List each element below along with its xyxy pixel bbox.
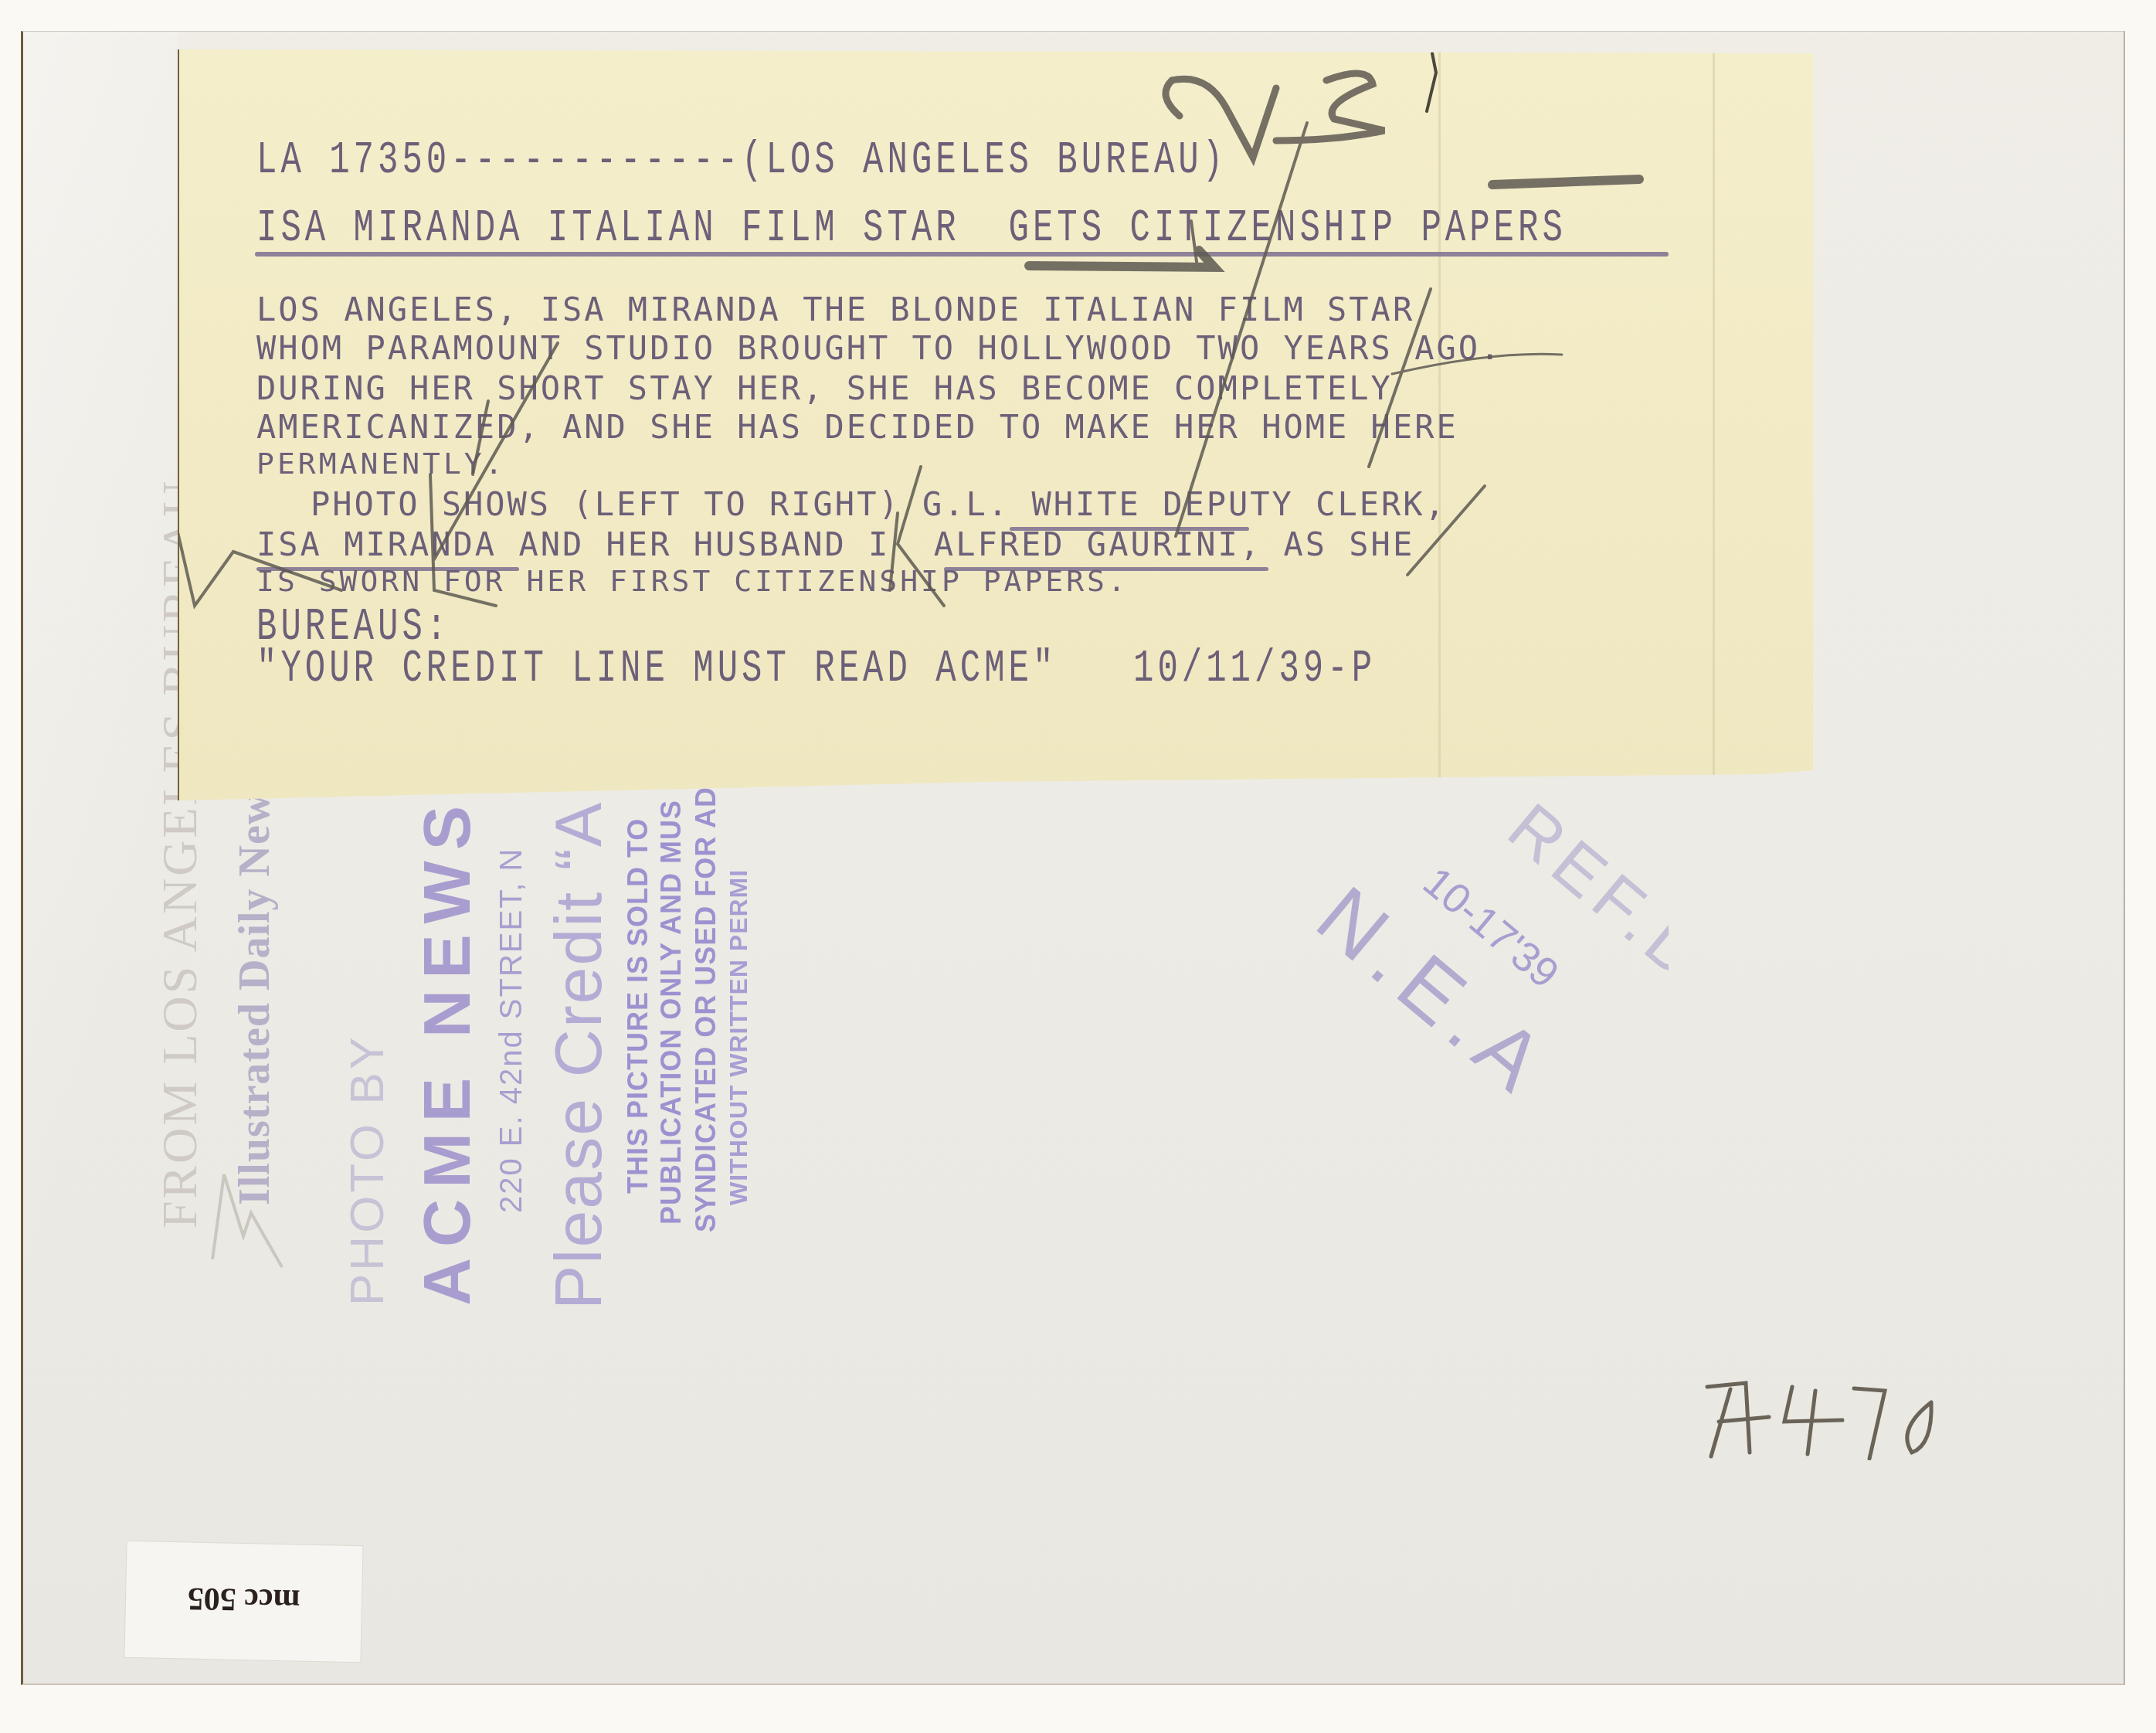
- caption-headline: ISA MIRANDA ITALIAN FILM STAR GETS CITIZ…: [256, 202, 1567, 255]
- ref-dep-nea-stamp: REF.DEP 10-17'39 N.E.A: [1205, 765, 1669, 1198]
- acme-notice-line: THIS PICTURE IS SOLD TO: [622, 818, 654, 1194]
- caption-bureau: (LOS ANGELES BUREAU): [742, 134, 1227, 187]
- caption-slip: LA 17350------------(LOS ANGELES BUREAU)…: [178, 49, 1813, 800]
- caption-body-line: DURING HER SHORT STAY HER, SHE HAS BECOM…: [256, 369, 1393, 407]
- caption-body-line: AMERICANIZED, AND SHE HAS DECIDED TO MAK…: [256, 408, 1458, 446]
- date-code: 10/11/39-P: [1133, 643, 1376, 695]
- caption-header: LA 17350------------(LOS ANGELES BUREAU): [256, 134, 1227, 187]
- catalog-label: mcc 505: [124, 1541, 362, 1662]
- pencil-scribble: [197, 1143, 305, 1275]
- caption-id: LA 17350: [256, 134, 450, 187]
- caption-dashes: ------------: [450, 134, 742, 187]
- acme-agency-name: ACME NEWS: [409, 795, 486, 1306]
- caption-body-line: LOS ANGELES, ISA MIRANDA THE BLONDE ITAL…: [256, 291, 1414, 328]
- caption-body-line: ISA MIRANDA AND HER HUSBAND I ALFRED GAU…: [256, 525, 1414, 563]
- acme-address: 220 E. 42nd STREET, N: [494, 848, 529, 1213]
- caption-body-line: PHOTO SHOWS (LEFT TO RIGHT) G.L. WHITE D…: [311, 485, 1447, 523]
- headline-underline: [255, 252, 1669, 257]
- slip-fold: [1713, 49, 1715, 800]
- acme-notice-line: SYNDICATED OR USED FOR AD: [690, 787, 722, 1232]
- credit-line: "YOUR CREDIT LINE MUST READ ACME": [256, 643, 1057, 695]
- newspaper-stamp: Illustrated Daily News: [230, 775, 280, 1205]
- acme-please-credit: Please Credit “A: [541, 801, 617, 1310]
- caption-body-line: PERMANENTLY.: [256, 447, 506, 481]
- acme-notice-line: PUBLICATION ONLY AND MUS: [655, 800, 688, 1225]
- caption-body-line: IS SWORN FOR HER FIRST CITIZENSHIP PAPER…: [256, 564, 1129, 598]
- acme-photo-by: PHOTO BY: [340, 1035, 395, 1306]
- handwritten-code: A470: [1692, 1368, 1939, 1460]
- catalog-label-text: mcc 505: [126, 1578, 362, 1620]
- handwritten-code-text: A470: [1692, 1368, 1720, 1371]
- acme-notice-line: WITHOUT WRITTEN PERMI: [725, 869, 753, 1205]
- caption-body-line: WHOM PARAMOUNT STUDIO BROUGHT TO HOLLYWO…: [256, 329, 1502, 367]
